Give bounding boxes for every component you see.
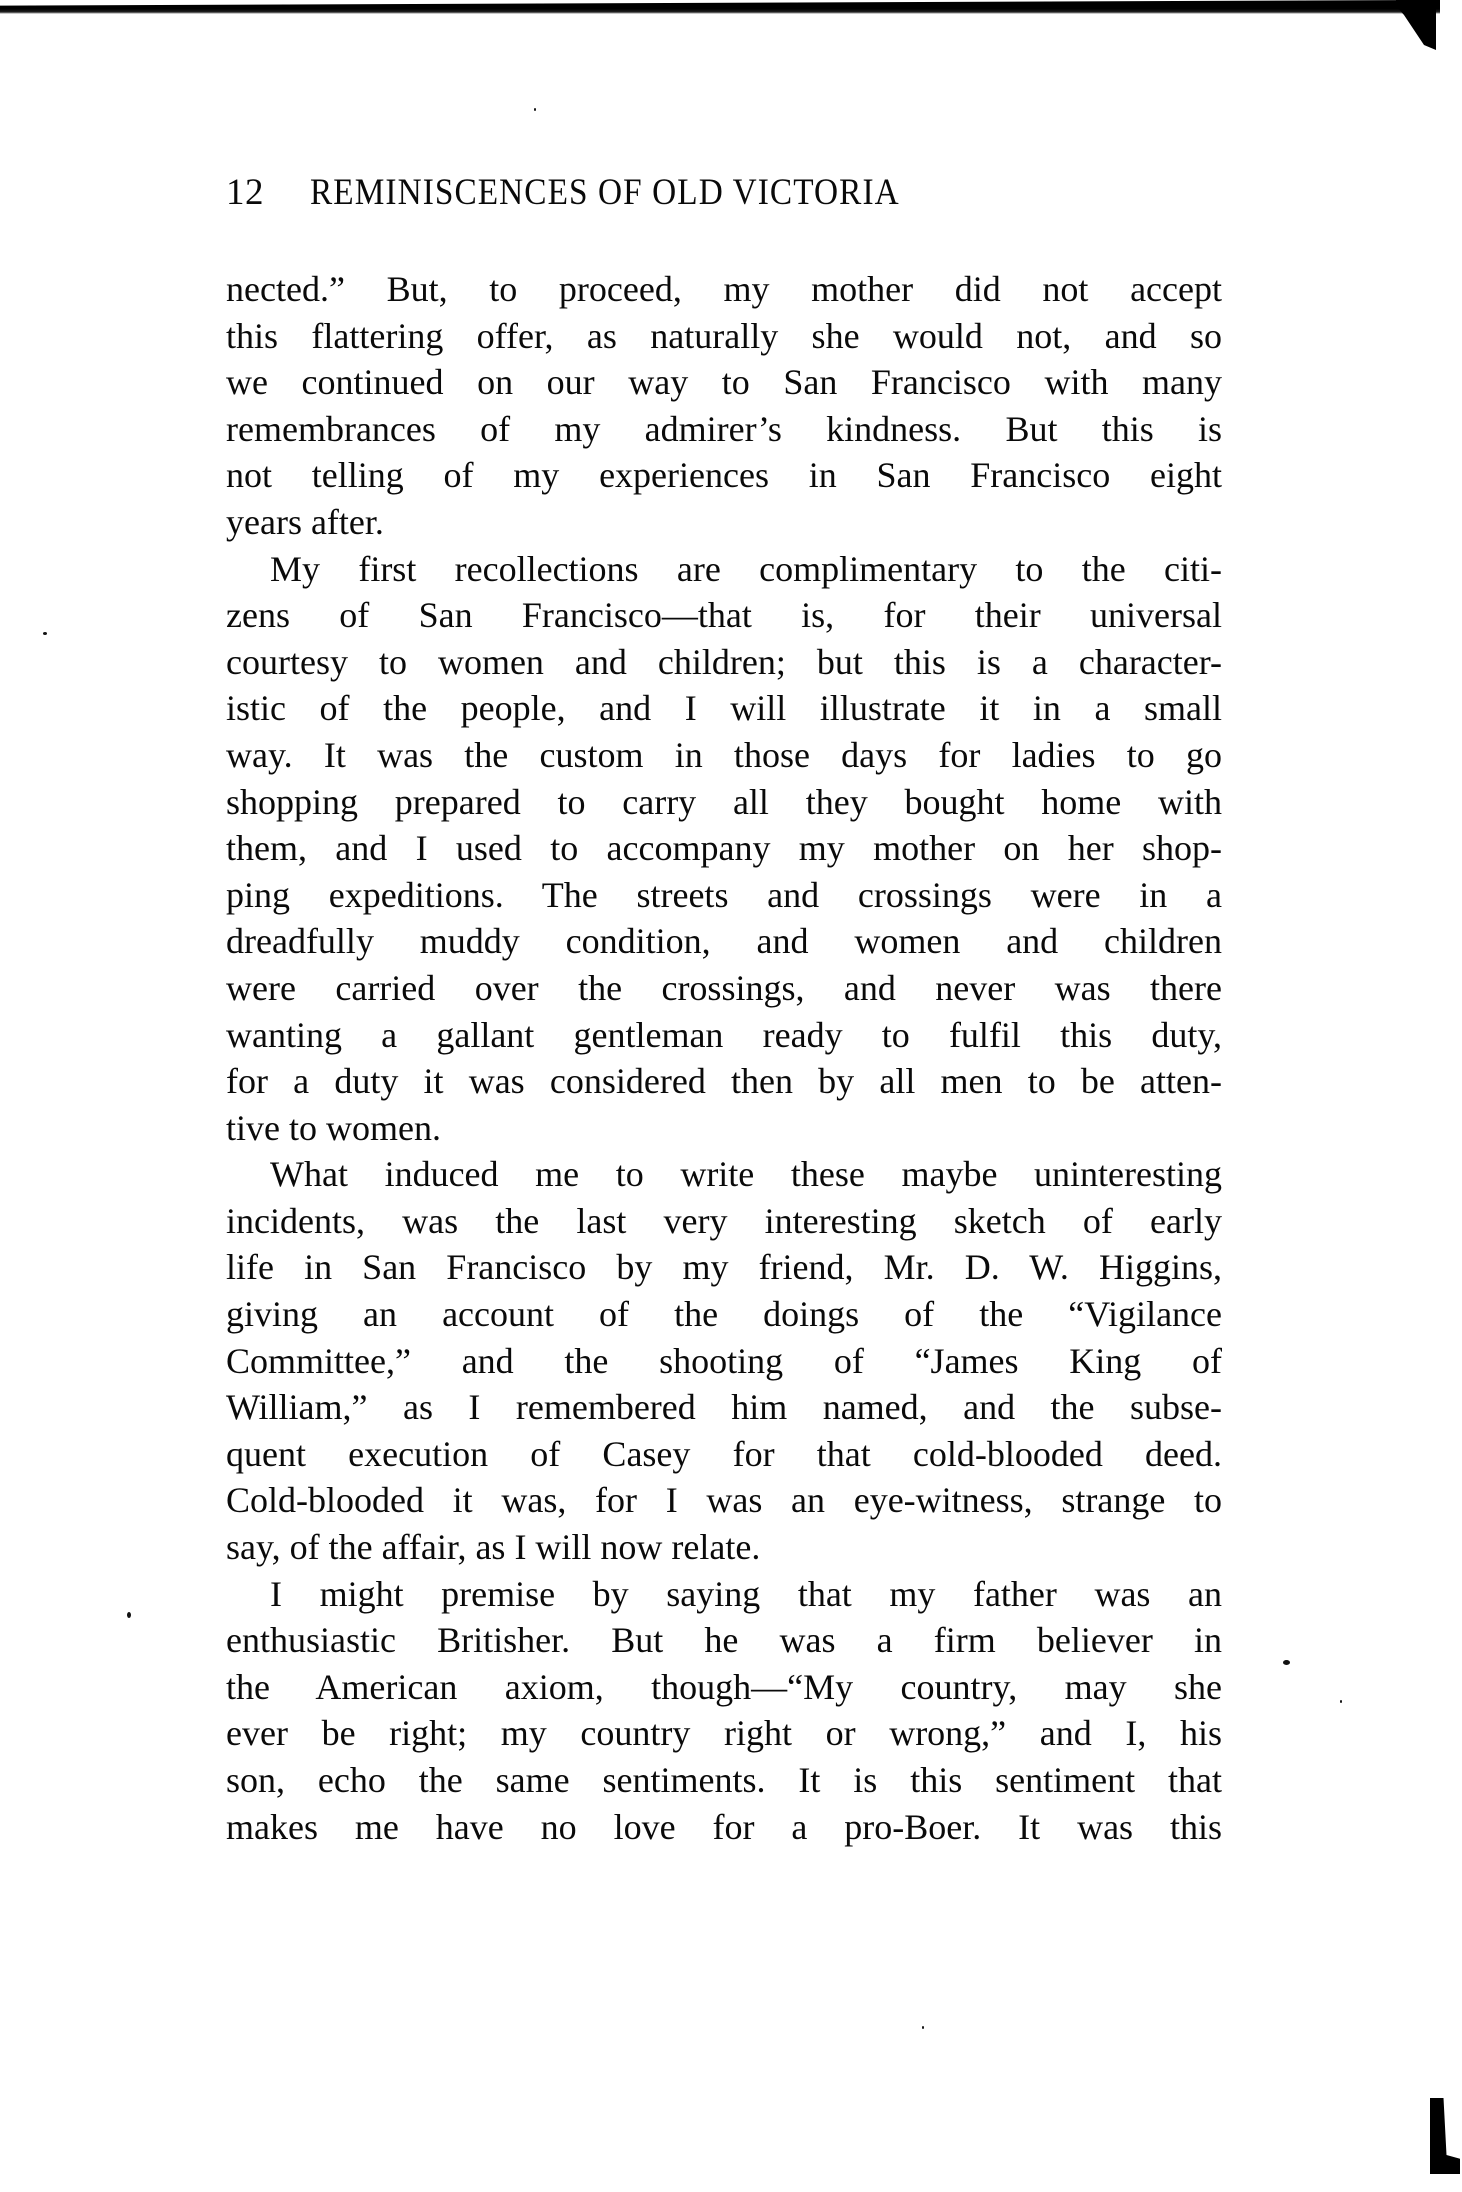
- scan-speck: [1283, 1660, 1290, 1665]
- text-line: dreadfully muddy condition, and women an…: [226, 918, 1222, 965]
- paragraph-2: My first recollections are complimentary…: [226, 546, 1222, 1152]
- text-line: zens of San Francisco—that is, for their…: [226, 592, 1222, 639]
- scan-speck: [534, 108, 536, 111]
- text-line: the American axiom, though—“My country, …: [226, 1664, 1222, 1711]
- text-line: Committee,” and the shooting of “James K…: [226, 1338, 1222, 1385]
- text-line: quent execution of Casey for that cold-b…: [226, 1431, 1222, 1478]
- text-line: years after.: [226, 499, 1222, 546]
- text-line: remembrances of my admirer’s kindness. B…: [226, 406, 1222, 453]
- text-line: them, and I used to accompany my mother …: [226, 825, 1222, 872]
- text-line: courtesy to women and children; but this…: [226, 639, 1222, 686]
- text-line: enthusiastic Britisher. But he was a fir…: [226, 1617, 1222, 1664]
- text-line: My first recollections are complimentary…: [226, 546, 1222, 593]
- text-line: incidents, was the last very interesting…: [226, 1198, 1222, 1245]
- text-line: I might premise by saying that my father…: [226, 1571, 1222, 1618]
- text-line: William,” as I remembered him named, and…: [226, 1384, 1222, 1431]
- page-body: nected.” But, to proceed, my mother did …: [226, 266, 1222, 1850]
- scan-corner-shadow-bottom: [1430, 2098, 1460, 2174]
- text-line: nected.” But, to proceed, my mother did …: [226, 266, 1222, 313]
- scan-speck: [1340, 1700, 1342, 1703]
- text-line: we continued on our way to San Francisco…: [226, 359, 1222, 406]
- scan-top-edge-shadow: [0, 0, 1440, 14]
- text-line: way. It was the custom in those days for…: [226, 732, 1222, 779]
- scan-speck: [922, 2026, 924, 2029]
- scan-speck: [43, 632, 47, 635]
- text-line: ever be right; my country right or wrong…: [226, 1710, 1222, 1757]
- page-number: 12: [226, 168, 310, 218]
- text-line: life in San Francisco by my friend, Mr. …: [226, 1244, 1222, 1291]
- text-line: this flattering offer, as naturally she …: [226, 313, 1222, 360]
- scan-corner-shadow-top: [1396, 0, 1436, 50]
- text-line: for a duty it was considered then by all…: [226, 1058, 1222, 1105]
- paragraph-4: I might premise by saying that my father…: [226, 1571, 1222, 1851]
- text-line: wanting a gallant gentleman ready to ful…: [226, 1012, 1222, 1059]
- scan-speck: [127, 1612, 131, 1618]
- text-line: What induced me to write these maybe uni…: [226, 1151, 1222, 1198]
- paragraph-3: What induced me to write these maybe uni…: [226, 1151, 1222, 1570]
- text-line: Cold-blooded it was, for I was an eye-wi…: [226, 1477, 1222, 1524]
- text-line: istic of the people, and I will illustra…: [226, 685, 1222, 732]
- running-head: 12REMINISCENCES OF OLD VICTORIA: [226, 168, 1226, 218]
- text-line: were carried over the crossings, and nev…: [226, 965, 1222, 1012]
- text-line: say, of the affair, as I will now relate…: [226, 1524, 1222, 1571]
- text-line: shopping prepared to carry all they boug…: [226, 779, 1222, 826]
- text-line: ping expeditions. The streets and crossi…: [226, 872, 1222, 919]
- book-title: REMINISCENCES OF OLD VICTORIA: [310, 168, 900, 218]
- text-line: son, echo the same sentiments. It is thi…: [226, 1757, 1222, 1804]
- text-line: not telling of my experiences in San Fra…: [226, 452, 1222, 499]
- text-line: giving an account of the doings of the “…: [226, 1291, 1222, 1338]
- text-line: makes me have no love for a pro-Boer. It…: [226, 1804, 1222, 1851]
- text-line: tive to women.: [226, 1105, 1222, 1152]
- paragraph-1: nected.” But, to proceed, my mother did …: [226, 266, 1222, 546]
